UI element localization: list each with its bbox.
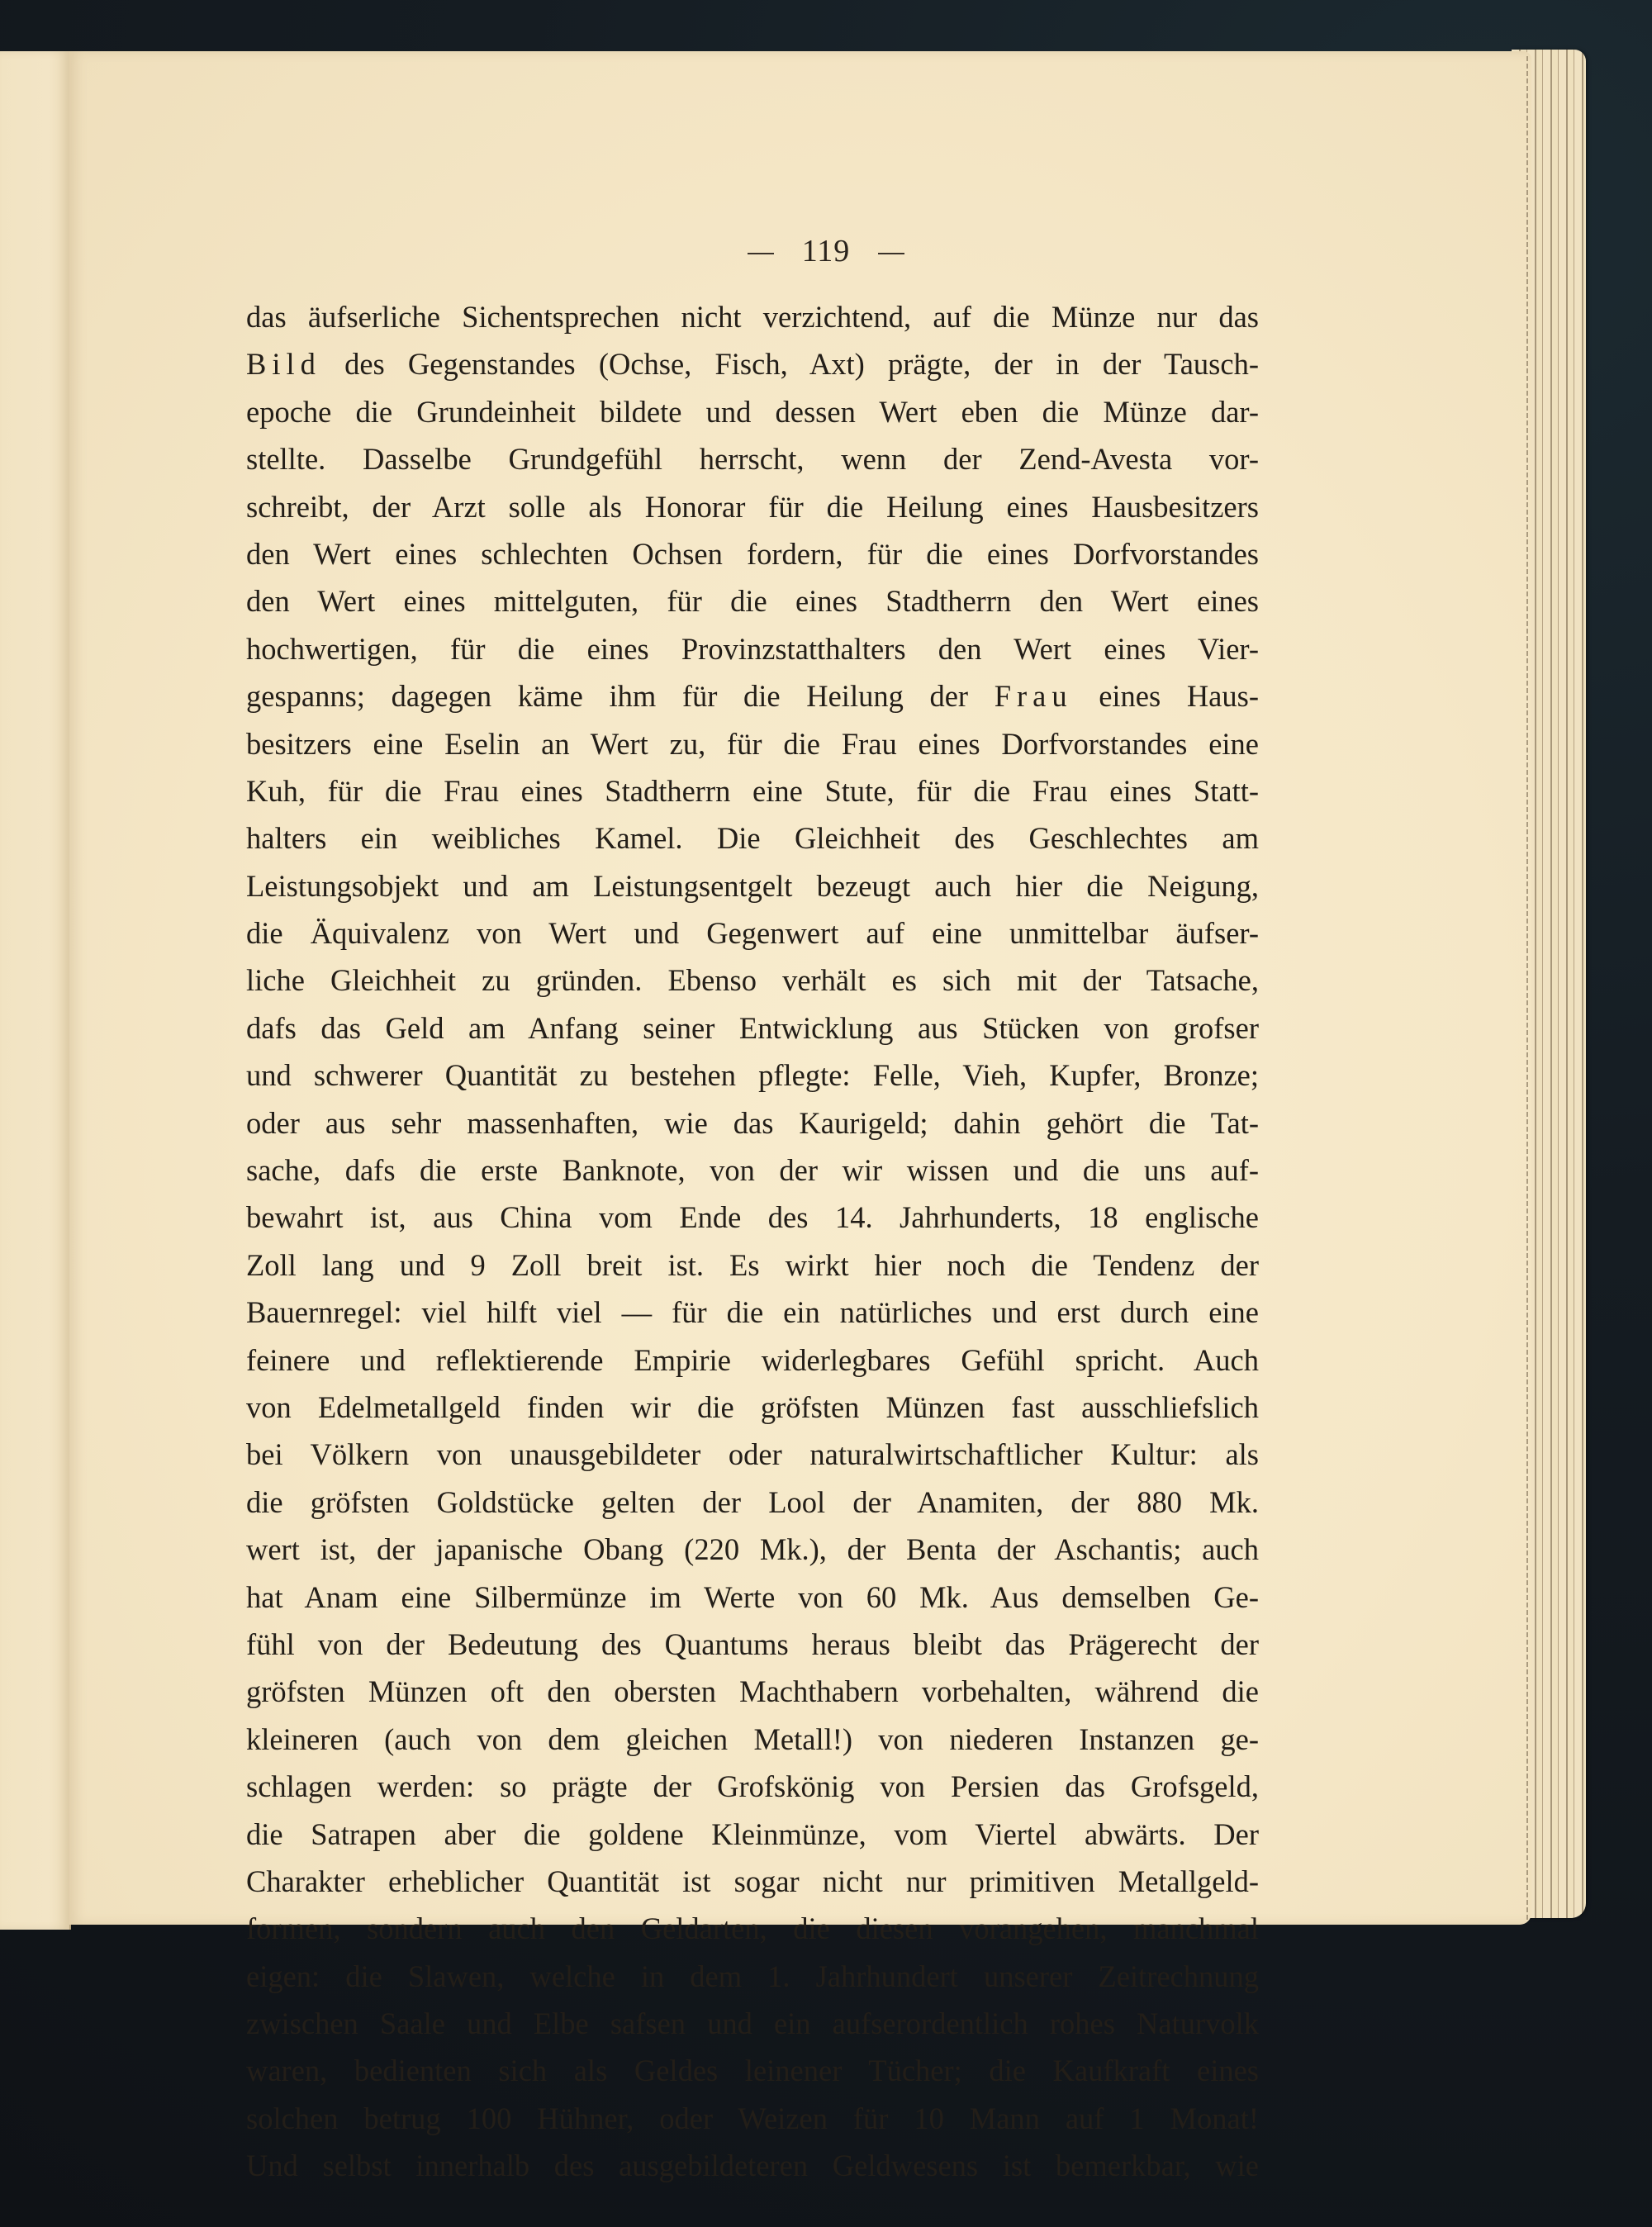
page-number-value: 119 [802, 234, 851, 268]
text-line: hochwertigen, für die eines Provinzstatt… [246, 625, 1259, 672]
text-line: formen, sondern auch den Geldarten, die … [246, 1905, 1259, 1952]
text-line: schreibt, der Arzt solle als Honorar für… [246, 483, 1259, 530]
text-line: schlagen werden: so prägte der Grofsköni… [246, 1763, 1259, 1810]
text-line: fühl von der Bedeutung des Quantums hera… [246, 1621, 1259, 1668]
text-line: Charakter erheblicher Quantität ist soga… [246, 1858, 1259, 1905]
text-line: sache, dafs die erste Banknote, von der … [246, 1147, 1259, 1194]
text-line: Leistungsobjekt und am Leistungsentgelt … [246, 862, 1259, 909]
previous-page-edge [0, 51, 71, 1930]
text-line: Kuh, für die Frau eines Stadtherrn eine … [246, 767, 1259, 814]
text-line: hat Anam eine Silbermünze im Werte von 6… [246, 1574, 1259, 1621]
text-line-start: gespanns; dagegen käme ihm für die Heilu… [246, 679, 995, 713]
text-line-end: eines Haus- [1073, 679, 1259, 713]
text-line: die Äquivalenz von Wert und Gegenwert au… [246, 909, 1259, 957]
text-line: liche Gleichheit zu gründen. Ebenso verh… [246, 957, 1259, 1004]
text-line: gröfsten Münzen oft den obersten Machtha… [246, 1668, 1259, 1715]
text-line: die gröfsten Goldstücke gelten der Lool … [246, 1479, 1259, 1526]
folio-dash-left [748, 253, 774, 254]
folio-dash-right [878, 253, 904, 254]
text-line: solchen betrug 100 Hühner, oder Weizen f… [246, 2095, 1259, 2142]
text-line: eigen: die Slawen, welche in dem 1. Jahr… [246, 1953, 1259, 2000]
spaced-emphasis: Frau [995, 679, 1073, 713]
text-line: den Wert eines schlechten Ochsen fordern… [246, 530, 1259, 577]
text-line: stellte. Dasselbe Grundgefühl herrscht, … [246, 435, 1259, 482]
text-line: Bauernregel: viel hilft viel — für die e… [246, 1289, 1259, 1336]
text-line: wert ist, der japanische Obang (220 Mk.)… [246, 1526, 1259, 1573]
text-line-with-spaced-word: Bild des Gegenstandes (Ochse, Fisch, Axt… [246, 340, 1259, 387]
text-line: feinere und reflektierende Empirie wider… [246, 1337, 1259, 1384]
text-line: bewahrt ist, aus China vom Ende des 14. … [246, 1194, 1259, 1241]
text-line: halters ein weibliches Kamel. Die Gleich… [246, 814, 1259, 862]
text-line: Und selbst innerhalb des ausgebildeteren… [246, 2142, 1259, 2189]
text-line: epoche die Grundeinheit bildete und dess… [246, 388, 1259, 435]
text-line: dafs das Geld am Anfang seiner Entwicklu… [246, 1004, 1259, 1052]
page-number: 119 [0, 233, 1652, 269]
text-line: den Wert eines mittelguten, für die eine… [246, 577, 1259, 624]
text-line-with-spaced-word: gespanns; dagegen käme ihm für die Heilu… [246, 672, 1259, 719]
text-line: kleineren (auch von dem gleichen Metall!… [246, 1716, 1259, 1763]
text-line: von Edelmetallgeld finden wir die gröfst… [246, 1384, 1259, 1431]
text-line: zwischen Saale und Elbe safsen und ein a… [246, 2000, 1259, 2047]
text-line: besitzers eine Eselin an Wert zu, für di… [246, 720, 1259, 767]
text-line: Zoll lang und 9 Zoll breit ist. Es wirkt… [246, 1242, 1259, 1289]
page-trim-line [1526, 56, 1528, 1920]
body-text: das äufserliche Sichentsprechen nicht ve… [246, 293, 1259, 2190]
text-line: und schwerer Quantität zu bestehen pfleg… [246, 1052, 1259, 1099]
text-line: bei Völkern von unausgebildeter oder nat… [246, 1431, 1259, 1478]
text-line-rest: des Gegenstandes (Ochse, Fisch, Axt) prä… [321, 347, 1259, 381]
spaced-emphasis: Bild [246, 347, 321, 381]
text-line: waren, bedienten sich als Geldes leinene… [246, 2047, 1259, 2094]
text-line: oder aus sehr massenhaften, wie das Kaur… [246, 1099, 1259, 1147]
text-line: das äufserliche Sichentsprechen nicht ve… [246, 293, 1259, 340]
text-line: die Satrapen aber die goldene Kleinmünze… [246, 1811, 1259, 1858]
